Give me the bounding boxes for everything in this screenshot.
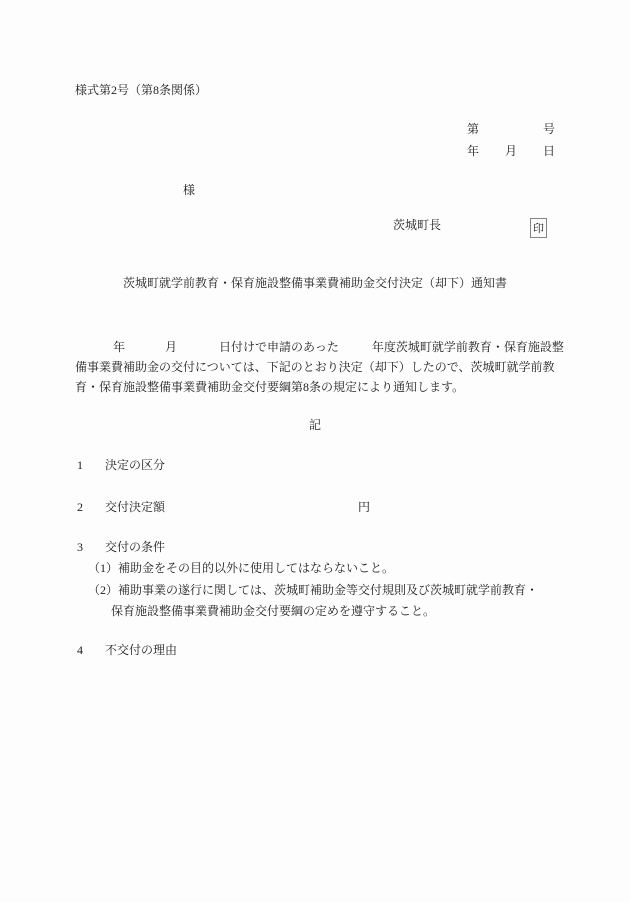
seal-mark: 印 <box>533 220 544 236</box>
body-line-1: 年 月 日付けで申請のあった 年度茨城町就学前教育・保育施設整 <box>75 337 557 357</box>
item-4-number: 4 <box>75 643 83 658</box>
item-1-label: 決定の区分 <box>105 458 165 472</box>
date-year-label: 年 <box>467 144 479 159</box>
body-fiscal-phrase: 年度茨城町就学前教育・保育施設整 <box>372 340 564 354</box>
document-title: 茨城町就学前教育・保育施設整備事業費補助金交付決定（却下）通知書 <box>0 276 630 291</box>
date-month-label: 月 <box>505 144 517 159</box>
document-page: 様式第2号（第8条関係） 第 号 年 月 日 様 茨城町長 印 茨城町就学前教育… <box>0 0 630 903</box>
item-2-unit-yen: 円 <box>358 500 370 514</box>
addressee-honorific: 様 <box>183 183 195 198</box>
item-3-label: 交付の条件 <box>105 540 165 554</box>
date-line: 年 月 日 <box>467 144 555 159</box>
doc-no-suffix: 号 <box>543 122 555 137</box>
body-paragraph: 年 月 日付けで申請のあった 年度茨城町就学前教育・保育施設整 備事業費補助金の… <box>75 337 557 397</box>
item-3-number: 3 <box>75 540 83 555</box>
form-number: 様式第2号（第8条関係） <box>75 83 207 98</box>
list-item-2: 2 交付決定額 円 <box>75 500 370 515</box>
sender-title: 茨城町長 <box>393 218 441 233</box>
condition-1: （1）補助金をその目的以外に使用してはならないこと。 <box>88 561 394 576</box>
condition-2-continuation: 保育施設整備事業費補助金交付要綱の定めを遵守すること。 <box>111 604 435 619</box>
body-month-label: 月 <box>165 340 177 354</box>
item-4-label: 不交付の理由 <box>105 643 177 657</box>
list-item-3: 3 交付の条件 <box>75 540 165 555</box>
body-year-label: 年 <box>113 340 125 354</box>
body-line-3: 育・保育施設整備事業費補助金交付要綱第8条の規定により通知します。 <box>75 377 557 397</box>
date-day-label: 日 <box>543 144 555 159</box>
body-day-phrase: 日付けで申請のあった <box>219 340 339 354</box>
condition-2: （2）補助事業の遂行に関しては、茨城町補助金等交付規則及び茨城町就学前教育・ <box>88 583 538 598</box>
item-2-number: 2 <box>75 500 83 515</box>
item-2-label: 交付決定額 <box>105 500 165 514</box>
list-item-4: 4 不交付の理由 <box>75 643 177 658</box>
body-line-2: 備事業費補助金の交付については、下記のとおり決定（却下）したので、茨城町就学前教 <box>75 357 557 377</box>
seal-placeholder-box: 印 <box>530 218 547 238</box>
document-number-line: 第 号 <box>467 122 555 137</box>
record-marker: 記 <box>0 418 630 433</box>
doc-no-prefix: 第 <box>467 122 479 137</box>
item-1-number: 1 <box>75 458 83 473</box>
list-item-1: 1 決定の区分 <box>75 458 165 473</box>
